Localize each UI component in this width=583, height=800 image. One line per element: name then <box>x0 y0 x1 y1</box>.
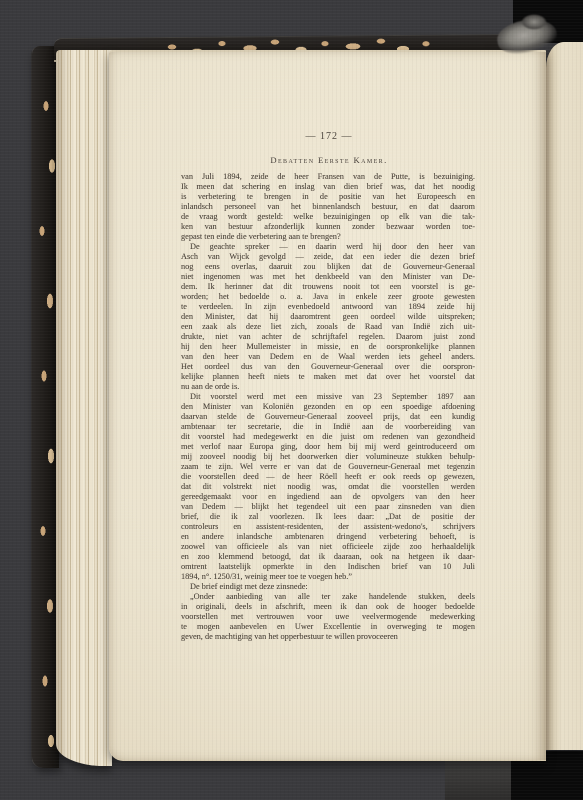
text-line: nog eens overlas, daaruit zou blijken da… <box>181 262 475 272</box>
text-line: te verdeelen. In zijn evenbedoeld antwoo… <box>181 302 475 312</box>
text-line: dat dit volstrekt niet noodig was, omdat… <box>181 482 475 492</box>
text-line: mij zooveel noodig bij het doorwerken di… <box>181 452 475 462</box>
text-line: brief, die ik zal voorlezen. Ik lees daa… <box>181 512 475 522</box>
text-line: is verbetering te brengen in de positie … <box>181 192 475 202</box>
paragraph: Dit voorstel werd met een missive van 23… <box>181 392 475 582</box>
text-line: dit voorstel had medegewerkt en die juis… <box>181 432 475 442</box>
text-line: daarvan stelde de Gouverneur-Generaal zo… <box>181 412 475 422</box>
facing-page-gutter <box>546 42 583 750</box>
text-line: Dit voorstel werd met een missive van 23… <box>181 392 475 402</box>
text-line: van Dedem — blijkt het tegendeel uit een… <box>181 502 475 512</box>
text-line: van den heer van Dedem en de Waal werden… <box>181 352 475 362</box>
text-line: in originali, deels in afschrift, meen i… <box>181 602 475 612</box>
marbled-cover-left-edge <box>31 46 59 768</box>
text-line: De geachte spreker — en daarin werd hij … <box>181 242 475 252</box>
text-line: worden; het bedoelde o. a. Java in enkel… <box>181 292 475 302</box>
text-line: Ik meen dat schering en inslag van dien … <box>181 182 475 192</box>
text-line: ken van bestuur afzonderlijk kunnen zond… <box>181 222 475 232</box>
text-line: zoowel van officieele als van niet offic… <box>181 542 475 552</box>
text-line: de vraag wordt gesteld: welke bezuinigin… <box>181 212 475 222</box>
text-line: inlandsch personeel van het binnenlandsc… <box>181 202 475 212</box>
page-number: — 172 — <box>181 131 477 142</box>
text-line: drukte, niet van achter de schrijftafel … <box>181 332 475 342</box>
text-line: die voorstellen deed — de heer Röell hee… <box>181 472 475 482</box>
text-line: ambtenaar ter secretarie, die in Indië a… <box>181 422 475 432</box>
book-scan-photo: — 172 — Debatten Eerste Kamer. van Juli … <box>0 0 583 800</box>
paragraph: van Juli 1894, zeide de heer Fransen van… <box>181 172 475 242</box>
paragraph: „Onder aanbieding van alle ter zake hand… <box>181 592 475 642</box>
text-line: te mogen aanbevelen en Uwer Excellentie … <box>181 622 475 632</box>
text-line: omtrent laatstelijk opmerkte in den Indi… <box>181 562 475 572</box>
text-line: „Onder aanbieding van alle ter zake hand… <box>181 592 475 602</box>
text-line: zaam te zijn. Wel verre er van dat de Go… <box>181 462 475 472</box>
text-line: een zaak als deze liet zich, zooals de R… <box>181 322 475 332</box>
paragraph: De brief eindigt met deze zinsnede: <box>181 582 475 592</box>
text-line: De brief eindigt met deze zinsnede: <box>181 582 475 592</box>
body-text: van Juli 1894, zeide de heer Fransen van… <box>181 172 475 642</box>
page-edges-stack <box>56 50 112 766</box>
text-line: den Minister van Koloniën gezonden en op… <box>181 402 475 412</box>
text-line: niet ingenomen was met het denkbeeld van… <box>181 272 475 282</box>
text-line: nu aan de orde is. <box>181 382 475 392</box>
text-line: van Juli 1894, zeide de heer Fransen van… <box>181 172 475 182</box>
text-line: dem. Ik herinner dat dit trouwens nooit … <box>181 282 475 292</box>
text-line: Het oordeel dus van den Gouverneur-Gener… <box>181 362 475 372</box>
text-line: hij den heer Mullemeister in missie, en … <box>181 342 475 352</box>
text-line: en andere inlandsche ambtenaren dringend… <box>181 532 475 542</box>
text-line: gepast ten einde die verbetering aan te … <box>181 232 475 242</box>
text-line: kelijke plannen heeft niets te maken met… <box>181 372 475 382</box>
text-line: geven, de machtiging van het opperbestuu… <box>181 632 475 642</box>
text-line: gereedgemaakt voor en ingediend aan de o… <box>181 492 475 502</box>
text-line: den Minister, dat hij daaromtrent geen o… <box>181 312 475 322</box>
book-shadow <box>445 756 511 800</box>
text-line: 1894, n°. 1250/31, weinig meer toe te vo… <box>181 572 475 582</box>
text-line: controleurs en assistent-residenten, der… <box>181 522 475 532</box>
text-line: met verlof naar Europa ging, door hem bi… <box>181 442 475 452</box>
text-line: en zoo klemmend betoogd, dat ik daaraan,… <box>181 552 475 562</box>
text-line: Asch van Wijck gevolgd — zeide, dat een … <box>181 252 475 262</box>
headband-ribbon-tuft <box>521 14 547 30</box>
book-page: — 172 — Debatten Eerste Kamer. van Juli … <box>109 50 546 761</box>
paragraph: De geachte spreker — en daarin werd hij … <box>181 242 475 392</box>
running-title: Debatten Eerste Kamer. <box>181 155 477 165</box>
text-line: voorstellen met vertrouwen voor uwe veel… <box>181 612 475 622</box>
